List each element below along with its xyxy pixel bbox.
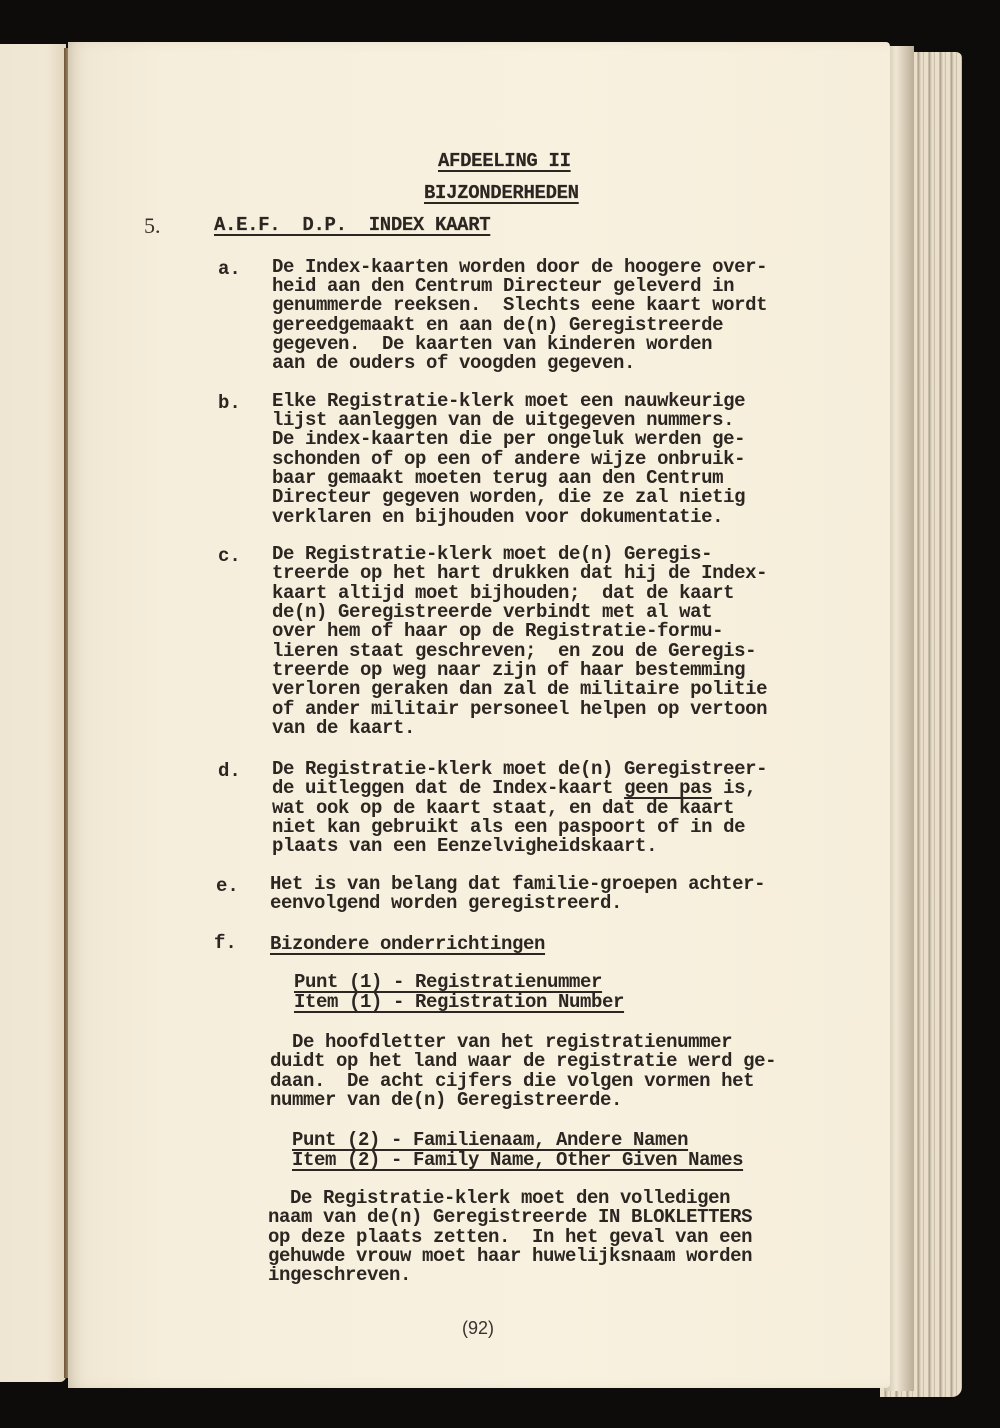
text-line: De index-kaarten die per ongeluk werden …	[272, 430, 745, 449]
text-line: treerde op het hart drukken dat hij de I…	[272, 564, 767, 583]
text-segment: is,	[712, 777, 756, 799]
section-title: A.E.F. D.P. INDEX KAART	[214, 216, 490, 236]
text-line: de uitleggen dat de Index-kaart geen pas…	[272, 779, 756, 798]
text-line: van de kaart.	[272, 719, 415, 738]
punt-2-title-nl: Punt (2) - Familienaam, Andere Namen	[292, 1131, 688, 1150]
item-letter-d: d.	[218, 760, 241, 782]
text-line: nummer van de(n) Geregistreerde.	[270, 1091, 622, 1110]
item-letter-b: b.	[218, 392, 241, 414]
text-line: eenvolgend worden geregistreerd.	[270, 894, 622, 913]
text-line: Directeur gegeven worden, die ze zal nie…	[272, 488, 745, 507]
section-number: 5.	[144, 213, 161, 239]
text-line: duidt op het land waar de registratie we…	[270, 1052, 776, 1071]
item-letter-c: c.	[218, 545, 241, 567]
text-line: over hem of haar op de Registratie-formu…	[272, 622, 723, 641]
left-page	[0, 44, 66, 1382]
bizondere-onderrichtingen-heading: Bizondere onderrichtingen	[270, 935, 545, 954]
afdeeling-heading: AFDEELING II	[438, 152, 571, 172]
text-line: verklaren en bijhouden voor dokumentatie…	[272, 508, 723, 527]
text-line: aan de ouders of voogden gegeven.	[272, 354, 635, 373]
text-line: genummerde reeksen. Slechts eene kaart w…	[272, 296, 767, 315]
emphasis-geen-pas: geen pas	[624, 777, 712, 799]
item-letter-f: f.	[214, 932, 237, 954]
punt-1-title-nl: Punt (1) - Registratienummer	[294, 973, 602, 992]
text-line: ingeschreven.	[268, 1266, 411, 1285]
page-number: (92)	[462, 1318, 494, 1339]
text-line: naam van de(n) Geregistreerde IN BLOKLET…	[268, 1208, 752, 1227]
bijzonderheden-heading: BIJZONDERHEDEN	[424, 184, 579, 204]
text-line: plaats van een Eenzelvigheidskaart.	[272, 837, 657, 856]
text-line: verloren geraken dan zal de militaire po…	[272, 680, 767, 699]
punt-1-title-en: Item (1) - Registration Number	[294, 993, 624, 1012]
text-segment: de uitleggen dat de Index-kaart	[272, 777, 624, 799]
item-letter-a: a.	[218, 258, 241, 280]
item-letter-e: e.	[216, 875, 239, 897]
punt-2-title-en: Item (2) - Family Name, Other Given Name…	[292, 1151, 743, 1170]
